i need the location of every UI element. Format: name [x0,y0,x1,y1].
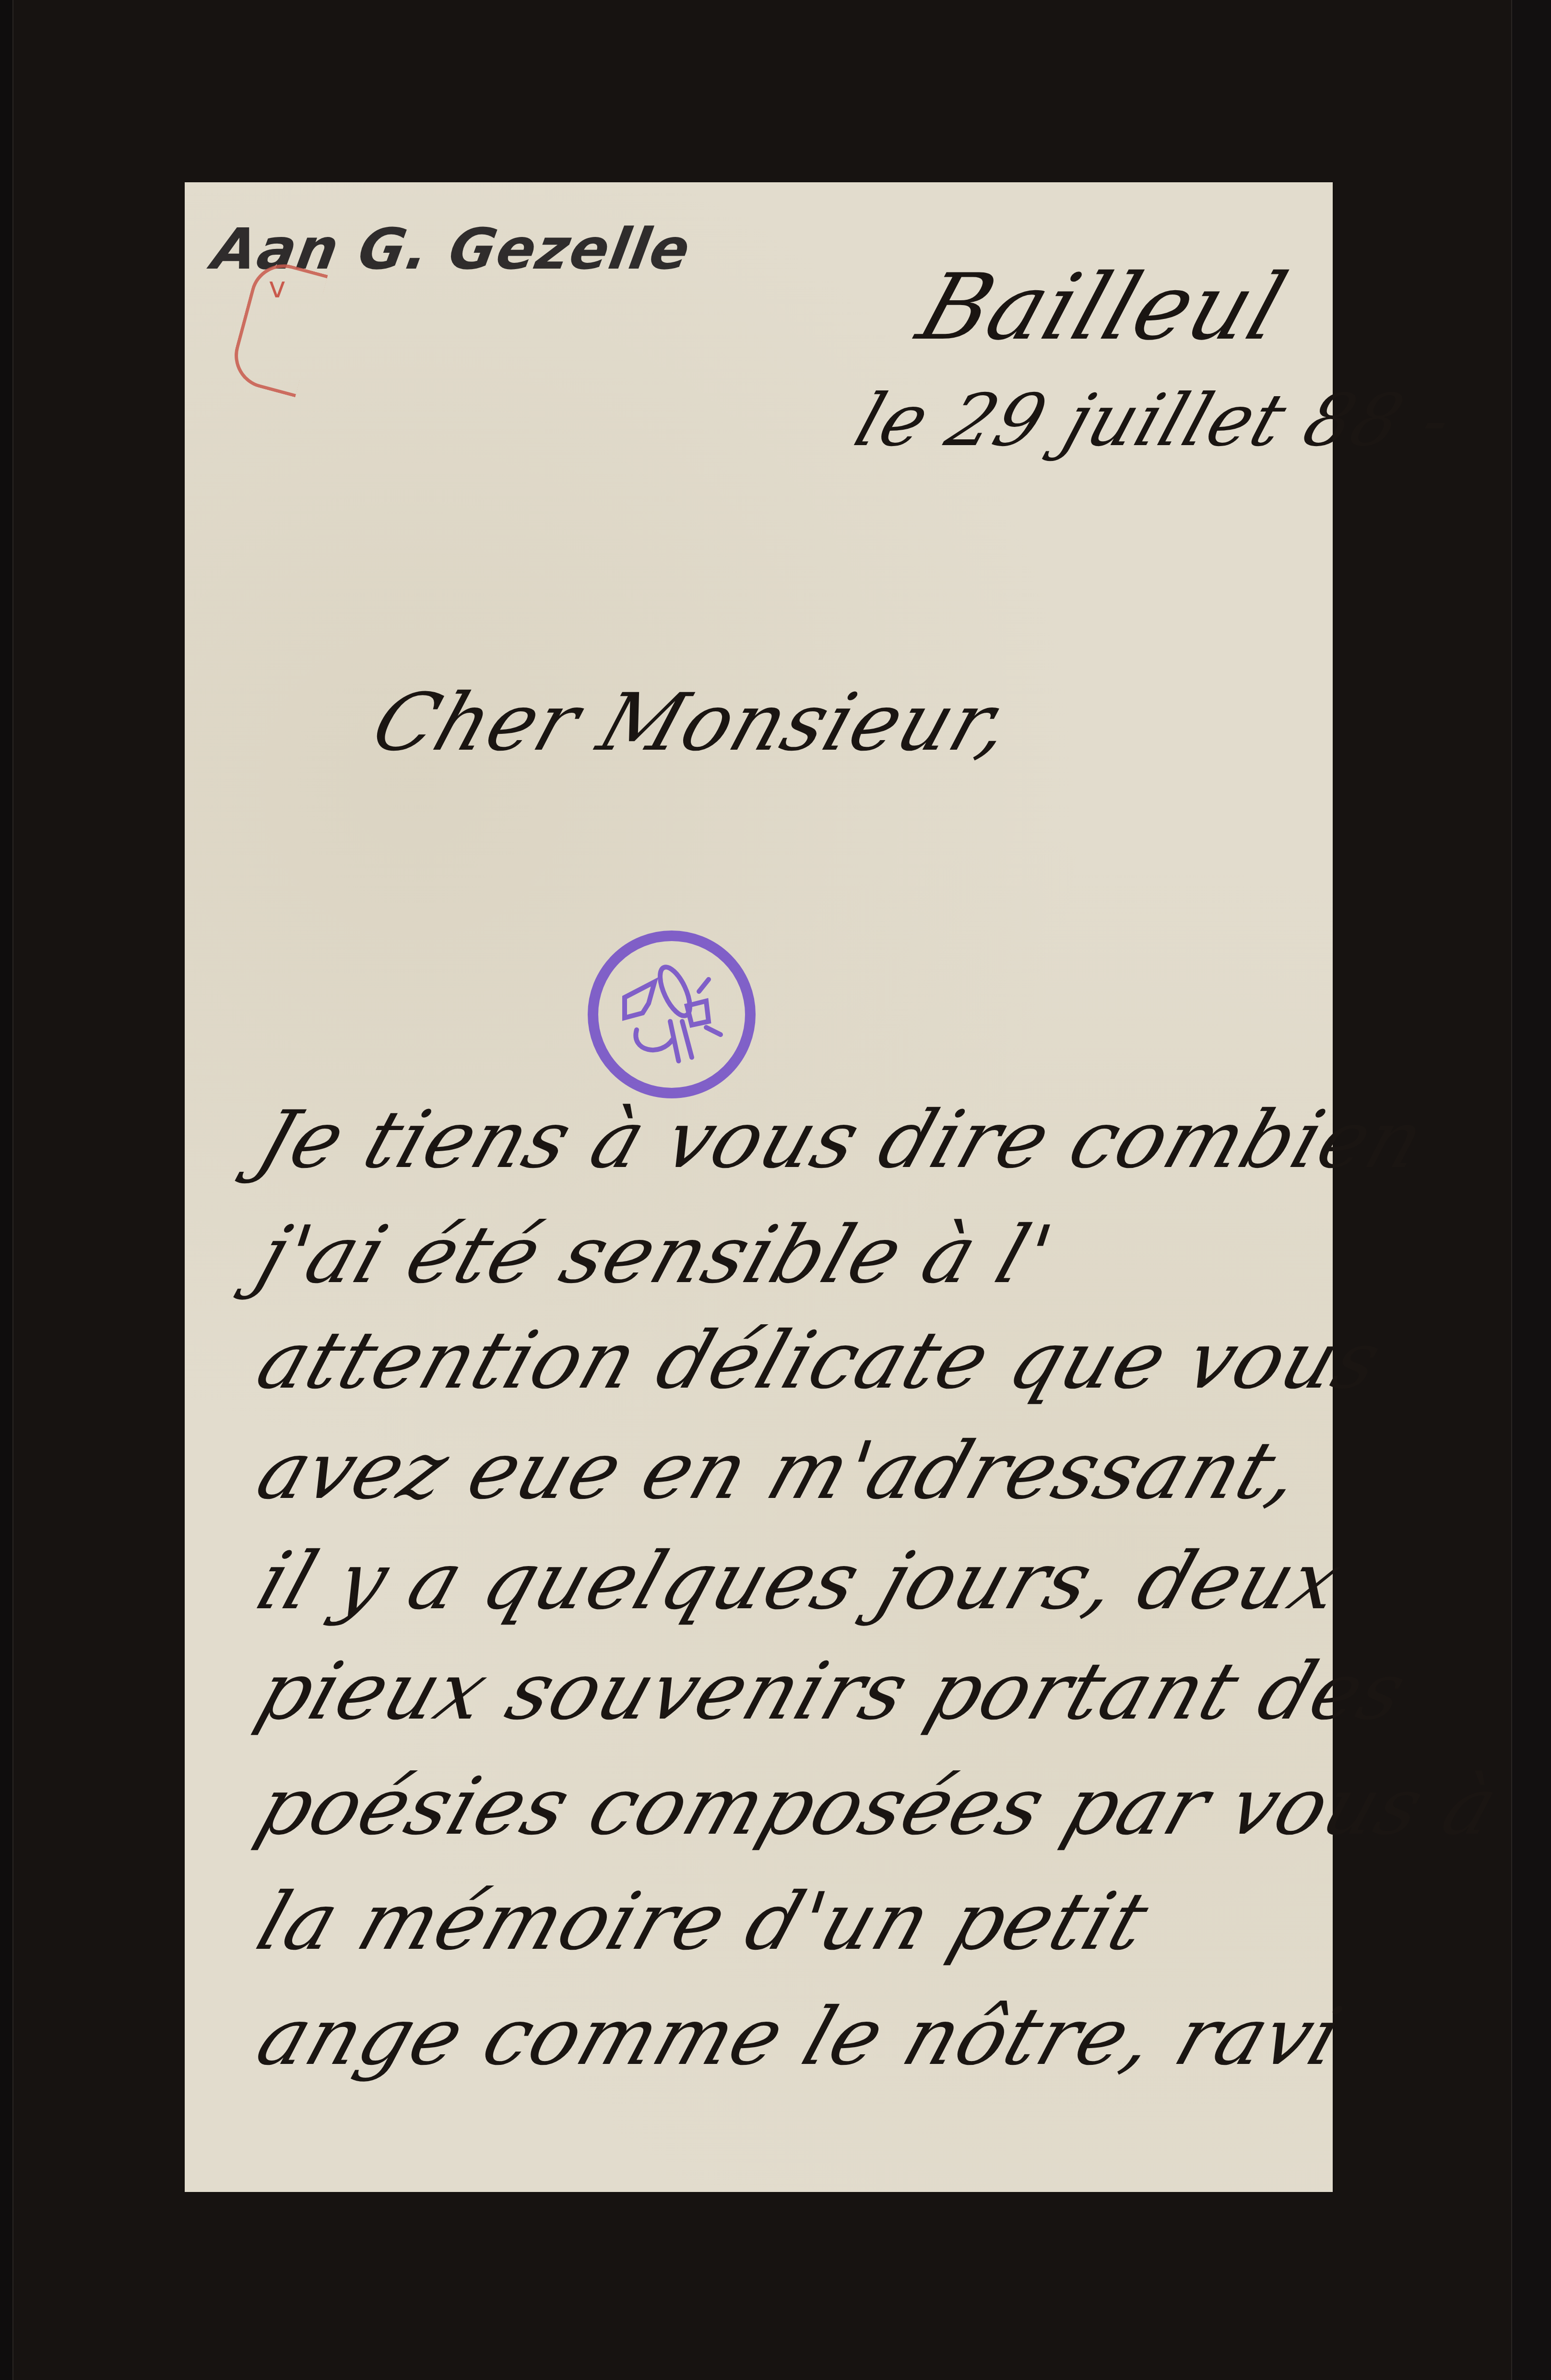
library-stamp [588,931,756,1098]
letter-line: avez eue en m'adressant, [247,1425,1314,1517]
letter-line: poésies composées par vous à [247,1760,1510,1852]
letter-line: la mémoire d'un petit [247,1875,1160,1968]
letter-line: attention délicate que vous [247,1314,1393,1406]
letter-line: pieux souvenirs portant des [247,1645,1418,1737]
letter-place: Bailleul [906,254,1299,360]
letter-line: il y a quelques jours, deux [247,1535,1354,1627]
scanner-edge-left [0,0,13,2380]
letter-salutation: Cher Monsieur, [362,676,1024,768]
letter-line: ange comme le nôtre, ravi [247,1991,1353,2083]
letter-line: j'ai été sensible à l' [247,1209,1064,1301]
red-check-icon: v [269,271,286,305]
bee-emblem-icon [613,955,733,1075]
letter-line: Je tiens à vous dire combien [247,1094,1436,1186]
letter-page: Aan G. Gezelle v Bailleul le 29 juillet … [185,182,1333,2192]
scanner-edge-right [1511,0,1551,2380]
letter-date: le 29 juillet 88 - [845,379,1464,462]
